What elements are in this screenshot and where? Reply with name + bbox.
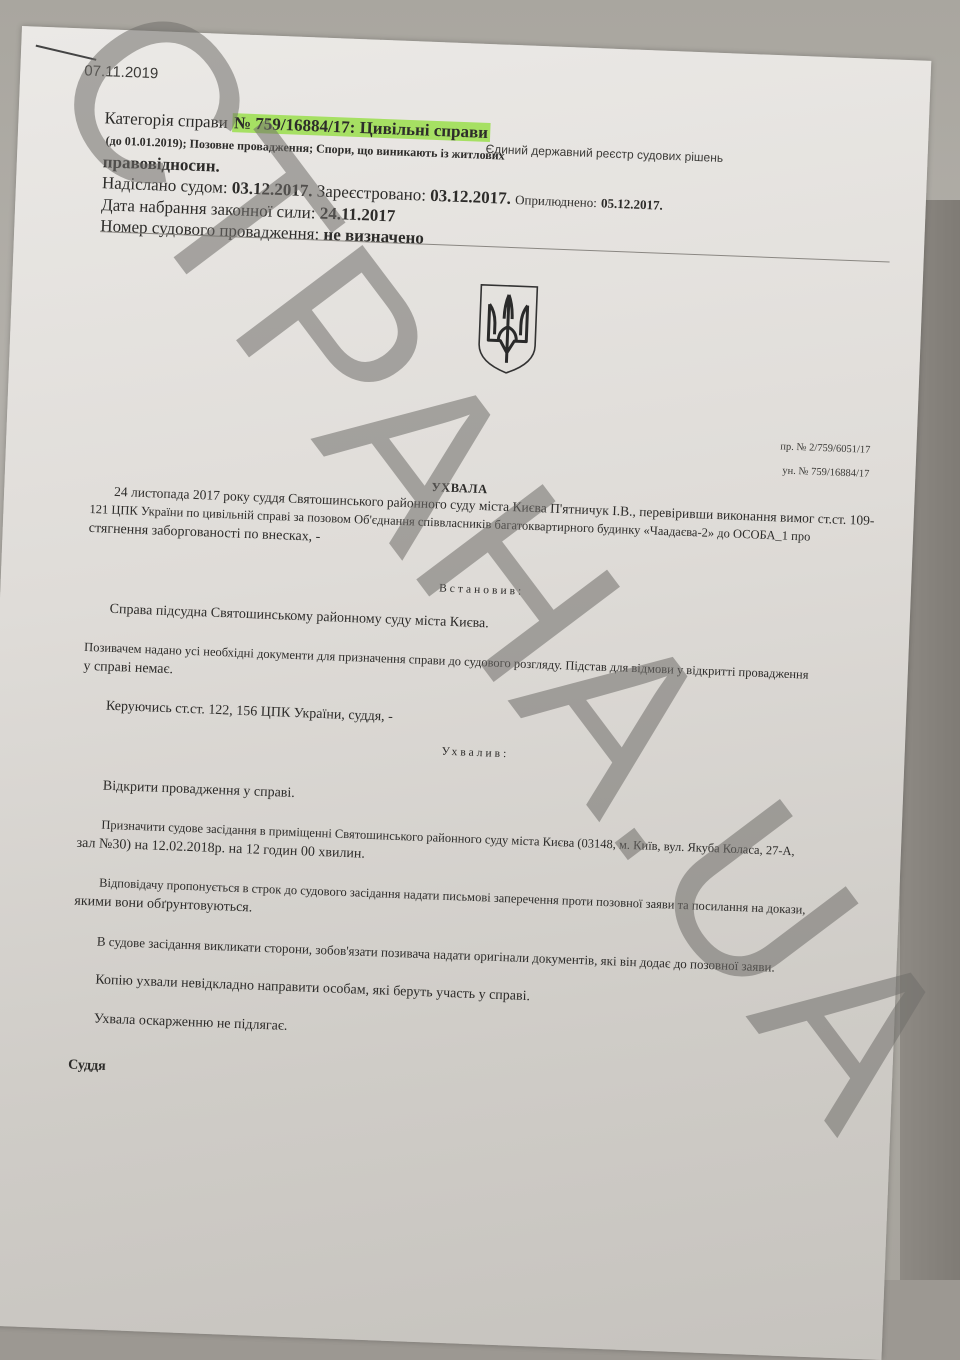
proceeding-value: не визначено (323, 225, 424, 248)
sent-date: 03.12.2017. (232, 178, 313, 200)
case-numbers: пр. № 2/759/6051/17 ун. № 759/16884/17 (779, 435, 871, 486)
coat-of-arms-icon (475, 282, 540, 376)
un-number: ун. № 759/16884/17 (779, 459, 870, 486)
document-body: 24 листопада 2017 року суддя Святошинськ… (68, 481, 880, 1105)
registered-date: 03.12.2017. (430, 186, 511, 208)
print-date: 07.11.2019 (84, 62, 159, 82)
paper-sheet: 07.11.2019 Єдиний державний реєстр судов… (0, 26, 931, 1280)
case-meta: Категорія справи № 759/16884/17: Цивільн… (100, 107, 894, 266)
court-document: 07.11.2019 Єдиний державний реєстр судов… (0, 26, 931, 1280)
pr-number: пр. № 2/759/6051/17 (780, 435, 871, 462)
pen-mark (36, 45, 97, 61)
category-label: Категорія справи (104, 108, 228, 132)
published-date: 05.12.2017. (601, 195, 663, 212)
force-date: 24.11.2017 (319, 204, 395, 226)
